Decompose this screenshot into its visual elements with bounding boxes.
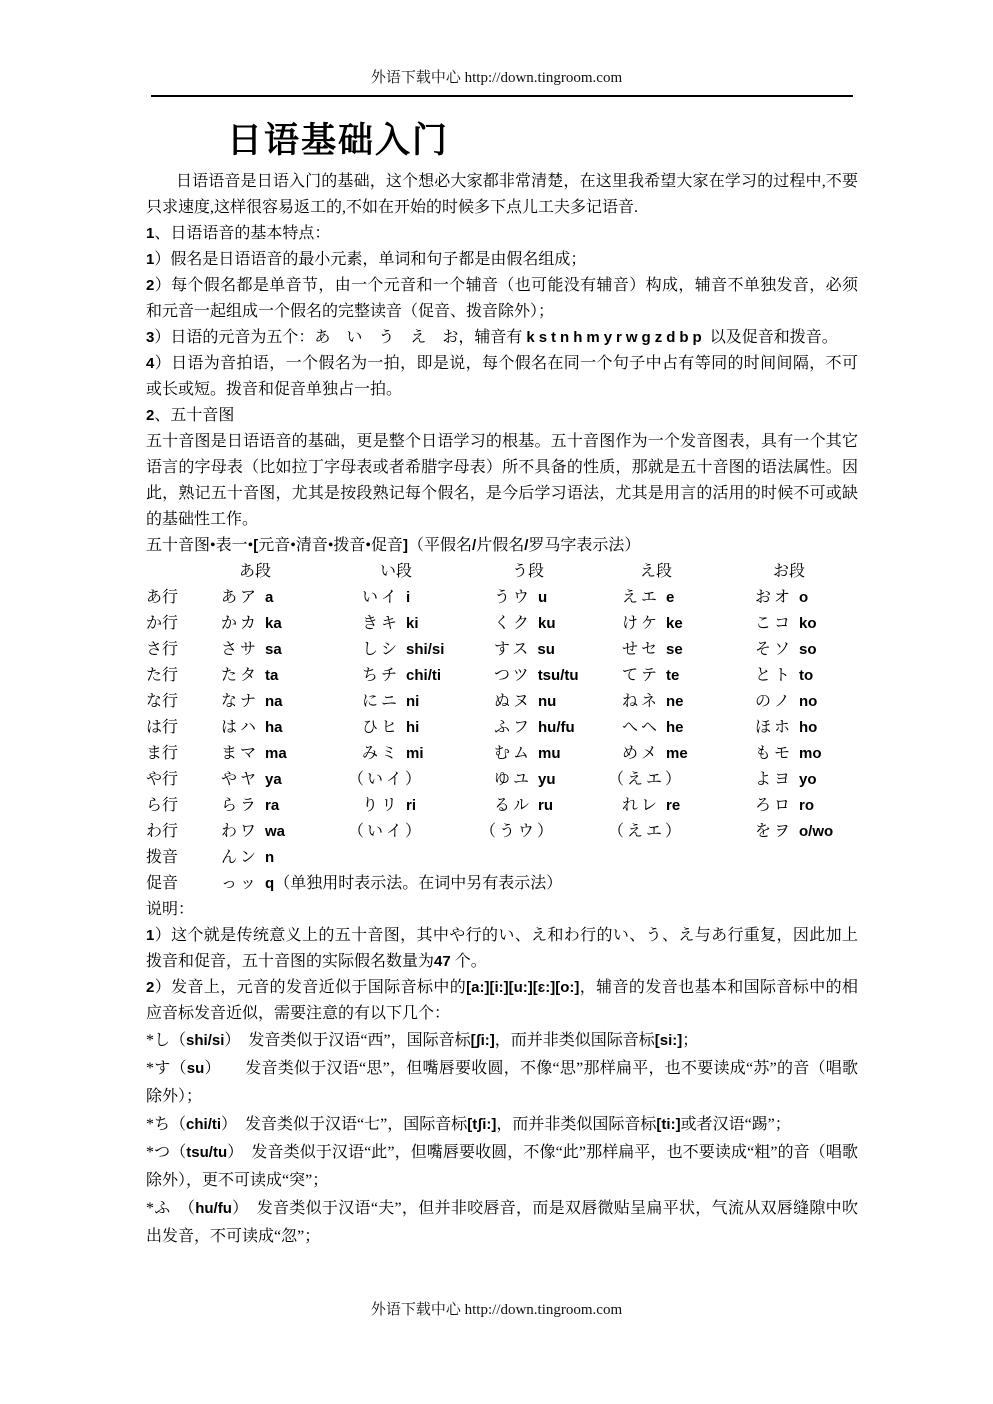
row-label: は行 — [146, 715, 221, 741]
gojuon-cell: ちチchi/ti — [362, 663, 494, 689]
gojuon-cell: ふフhu/fu — [494, 715, 622, 741]
gojuon-cell: （いイ） — [362, 767, 494, 793]
gojuon-row: た行 たタta ちチchi/ti つツtsu/tu てテte とトto — [146, 663, 858, 689]
gojuon-cell: をヲo/wo — [755, 819, 858, 845]
gojuon-cell: んンn — [221, 845, 362, 871]
gojuon-header-row: あ段 い段 う段 え段 お段 — [146, 559, 858, 585]
row-label: 拨音 — [146, 845, 221, 871]
gojuon-cell: むムmu — [494, 741, 622, 767]
gojuon-cell: かカka — [221, 611, 362, 637]
row-label: あ行 — [146, 585, 221, 611]
gojuon-cell: よヨyo — [755, 767, 858, 793]
sokuon-note: （单独用时表示法。在词中另有表示法） — [274, 875, 562, 892]
point-4: 4）日语为音拍语，一个假名为一拍，即是说，每个假名在同一个句子中占有等同的时间间… — [146, 351, 858, 403]
gojuon-cell: たタta — [221, 663, 362, 689]
row-label: な行 — [146, 689, 221, 715]
gojuon-table-caption: 五十音图•表一•[元音•清音•拨音•促音]（平假名/片假名/罗马字表示法） — [146, 533, 858, 559]
point-2: 2）每个假名都是单音节，由一个元音和一个辅音（也可能没有辅音）构成，辅音不单独发… — [146, 273, 858, 325]
row-label: た行 — [146, 663, 221, 689]
gojuon-row: な行 なナna にニni ぬヌnu ねネne のノno — [146, 689, 858, 715]
gojuon-cell: （うウ） — [494, 819, 622, 845]
row-label: さ行 — [146, 637, 221, 663]
gojuon-cell: あアa — [221, 585, 362, 611]
gojuon-cell: もモmo — [755, 741, 858, 767]
gojuon-cell: ゆユyu — [494, 767, 622, 793]
gojuon-cell: にニni — [362, 689, 494, 715]
gojuon-row: は行 はハha ひヒhi ふフhu/fu へヘhe ほホho — [146, 715, 858, 741]
gojuon-cell: つツtsu/tu — [494, 663, 622, 689]
pron-chi: *ち（chi/ti） 发音类似于汉语“七”，国际音标[tʃi:]，而并非类似国际… — [146, 1111, 858, 1139]
footer-site-text: 外语下载中心 http://down.tingroom.com — [371, 1302, 622, 1318]
col-header-i-dan: い段 — [362, 559, 494, 585]
gojuon-row-sokuon: 促音 っッq（单独用时表示法。在词中另有表示法） — [146, 871, 858, 897]
gojuon-row: あ行 あアa いイi うウu えエe おオo — [146, 585, 858, 611]
gojuon-cell: えエe — [622, 585, 755, 611]
gojuon-cell: おオo — [755, 585, 858, 611]
gojuon-cell: （えエ） — [622, 819, 755, 845]
gojuon-row-hatsuon: 拨音 んンn — [146, 845, 858, 871]
gojuon-header-spacer — [146, 559, 221, 585]
gojuon-cell: ろロro — [755, 793, 858, 819]
pron-fu: *ふ （hu/fu） 发音类似于汉语“夫”，但并非咬唇音，而是双唇微贴呈扁平状，… — [146, 1195, 858, 1251]
header-rule — [151, 95, 853, 97]
pronunciation-notes: *し（shi/si） 发音类似于汉语“西”，国际音标[ʃi:]，而并非类似国际音… — [146, 1027, 858, 1251]
gojuon-cell: へヘhe — [622, 715, 755, 741]
col-header-u-dan: う段 — [494, 559, 622, 585]
gojuon-row: ら行 らラra りリri るルru れレre ろロro — [146, 793, 858, 819]
gojuon-row: わ行 わワwa （いイ） （うウ） （えエ） をヲo/wo — [146, 819, 858, 845]
gojuon-cell: っッq（单独用时表示法。在词中另有表示法） — [221, 871, 858, 897]
gojuon-cell: さサsa — [221, 637, 362, 663]
gojuon-cell: しシshi/si — [362, 637, 494, 663]
gojuon-table: あ段 い段 う段 え段 お段 あ行 あアa いイi うウu えエe おオo か行 — [146, 559, 858, 897]
header-site-text: 外语下载中心 http://down.tingroom.com — [371, 70, 622, 86]
gojuon-row: か行 かカka きキki くクku けケke こコko — [146, 611, 858, 637]
col-header-e-dan: え段 — [622, 559, 755, 585]
gojuon-cell: れレre — [622, 793, 755, 819]
gojuon-cell: いイi — [362, 585, 494, 611]
gojuon-cell: こコko — [755, 611, 858, 637]
gojuon-row: さ行 さサsa しシshi/si すスsu せセse そソso — [146, 637, 858, 663]
gojuon-cell: るルru — [494, 793, 622, 819]
gojuon-cell: ひヒhi — [362, 715, 494, 741]
gojuon-cell: らラra — [221, 793, 362, 819]
section2-heading: 2、五十音图 — [146, 403, 858, 429]
gojuon-cell: めメme — [622, 741, 755, 767]
gojuon-cell: やヤya — [221, 767, 362, 793]
gojuon-cell: りリri — [362, 793, 494, 819]
row-label: 促音 — [146, 871, 221, 897]
gojuon-cell: くクku — [494, 611, 622, 637]
point-3: 3）日语的元音为五个：あ い う え お，辅音有 kstnhmyrwgzdbp … — [146, 325, 858, 351]
gojuon-cell: うウu — [494, 585, 622, 611]
note-1: 1）这个就是传统意义上的五十音图，其中や行的い、え和わ行的い、う、え与あ行重复，… — [146, 923, 858, 975]
gojuon-cell: ねネne — [622, 689, 755, 715]
gojuon-cell: ほホho — [755, 715, 858, 741]
pron-shi: *し（shi/si） 发音类似于汉语“西”，国际音标[ʃi:]，而并非类似国际音… — [146, 1027, 858, 1055]
gojuon-cell: そソso — [755, 637, 858, 663]
gojuon-cell: きキki — [362, 611, 494, 637]
gojuon-cell: はハha — [221, 715, 362, 741]
section2-intro: 五十音图是日语语音的基础，更是整个日语学习的根基。五十音图作为一个发音图表，具有… — [146, 429, 858, 533]
page-title: 日语基础入门 — [227, 121, 858, 161]
intro-paragraph: 日语语音是日语入门的基础，这个想必大家都非常清楚，在这里我希望大家在学习的过程中… — [146, 169, 858, 221]
gojuon-row: や行 やヤya （いイ） ゆユyu （えエ） よヨyo — [146, 767, 858, 793]
gojuon-row: ま行 まマma みミmi むムmu めメme もモmo — [146, 741, 858, 767]
note-2: 2）发音上，元音的发音近似于国际音标中的[a:][i:][u:][ɛ:][o:]… — [146, 975, 858, 1027]
row-label: ら行 — [146, 793, 221, 819]
gojuon-cell: ぬヌnu — [494, 689, 622, 715]
gojuon-cell: せセse — [622, 637, 755, 663]
gojuon-cell: すスsu — [494, 637, 622, 663]
gojuon-cell: みミmi — [362, 741, 494, 767]
pron-su: *す（su） 发音类似于汉语“思”，但嘴唇要收圆，不像“思”那样扁平，也不要读成… — [146, 1055, 858, 1111]
gojuon-rows: あ行 あアa いイi うウu えエe おオo か行 かカka きキki くクku… — [146, 585, 858, 845]
row-label: か行 — [146, 611, 221, 637]
point-1: 1）假名是日语语音的最小元素，单词和句子都是由假名组成； — [146, 247, 858, 273]
col-header-a-dan: あ段 — [221, 559, 362, 585]
gojuon-cell: （えエ） — [622, 767, 755, 793]
pron-tsu: *つ（tsu/tu） 发音类似于汉语“此”，但嘴唇要收圆，不像“此”那样扁平，也… — [146, 1139, 858, 1195]
gojuon-cell: まマma — [221, 741, 362, 767]
gojuon-cell: てテte — [622, 663, 755, 689]
col-header-o-dan: お段 — [755, 559, 858, 585]
gojuon-cell: けケke — [622, 611, 755, 637]
notes-heading: 说明： — [146, 897, 858, 923]
gojuon-cell: （いイ） — [362, 819, 494, 845]
row-label: ま行 — [146, 741, 221, 767]
page-header: 外语下载中心 http://down.tingroom.com — [0, 0, 993, 88]
row-label: や行 — [146, 767, 221, 793]
gojuon-cell: のノno — [755, 689, 858, 715]
page-footer: 外语下载中心 http://down.tingroom.com — [0, 1298, 993, 1319]
row-label: わ行 — [146, 819, 221, 845]
gojuon-cell: とトto — [755, 663, 858, 689]
section1-heading: 1、日语语音的基本特点： — [146, 221, 858, 247]
gojuon-cell: なナna — [221, 689, 362, 715]
gojuon-cell: わワwa — [221, 819, 362, 845]
document-body: 日语基础入门 日语语音是日语入门的基础，这个想必大家都非常清楚，在这里我希望大家… — [146, 121, 858, 1251]
